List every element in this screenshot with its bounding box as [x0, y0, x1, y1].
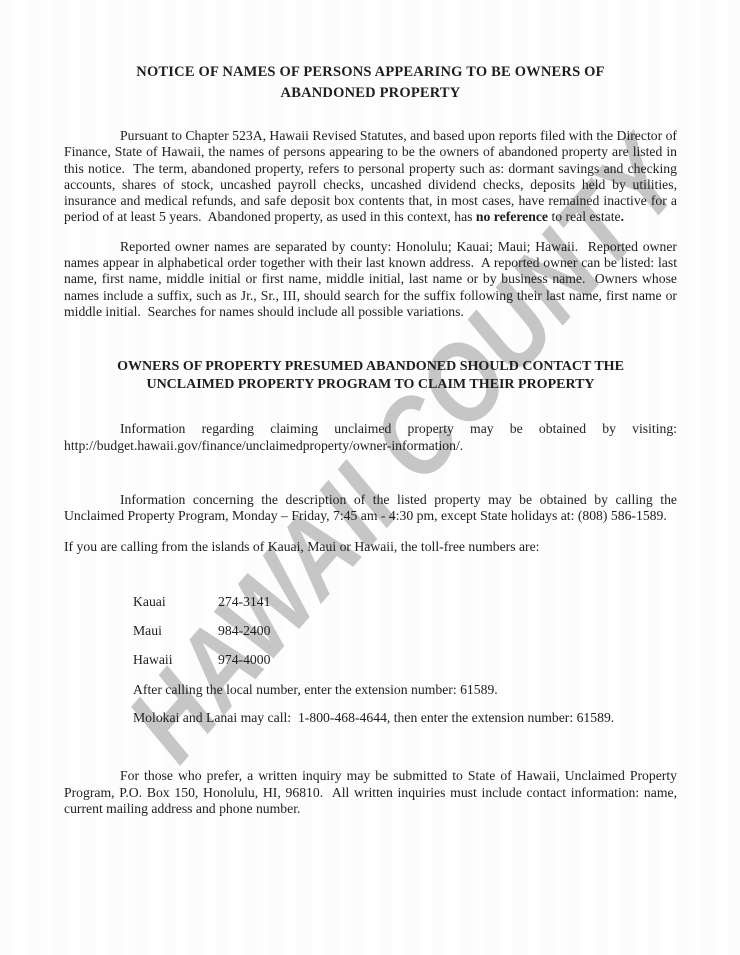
bold-period: . — [621, 209, 624, 224]
paragraph-claim-info: Information regarding claiming unclaimed… — [64, 421, 677, 454]
document-page: HAWAII COUNTY NOTICE OF NAMES OF PERSONS… — [0, 0, 740, 955]
phone-number-hawaii: 974-4000 — [218, 652, 270, 668]
document-content: NOTICE OF NAMES OF PERSONS APPEARING TO … — [0, 0, 740, 817]
island-label-kauai: Kauai — [133, 594, 218, 610]
extension-instruction: After calling the local number, enter th… — [133, 682, 677, 698]
claim-info-line: Information regarding claiming unclaimed… — [64, 421, 677, 437]
paragraph-intro-text-end: to real estate — [548, 209, 621, 224]
page-title-line2: ABANDONED PROPERTY — [64, 83, 677, 104]
phone-number-kauai: 274-3141 — [218, 594, 270, 610]
section-heading-line2: UNCLAIMED PROPERTY PROGRAM TO CLAIM THEI… — [64, 376, 677, 394]
toll-free-number-list: Kauai 274-3141 Maui 984-2400 Hawaii 974-… — [133, 594, 677, 669]
page-title-line1: NOTICE OF NAMES OF PERSONS APPEARING TO … — [64, 62, 677, 83]
paragraph-intro: Pursuant to Chapter 523A, Hawaii Revised… — [64, 128, 677, 226]
no-reference-bold-text: no reference — [476, 209, 548, 224]
paragraph-toll-free-intro: If you are calling from the islands of K… — [64, 539, 677, 555]
island-label-maui: Maui — [133, 623, 218, 639]
section-heading-line1: OWNERS OF PROPERTY PRESUMED ABANDONED SH… — [64, 358, 677, 376]
phone-number-maui: 984-2400 — [218, 623, 270, 639]
phone-row-kauai: Kauai 274-3141 — [133, 594, 677, 610]
owner-information-url: http://budget.hawaii.gov/finance/unclaim… — [64, 438, 677, 454]
phone-row-hawaii: Hawaii 974-4000 — [133, 652, 677, 668]
molokai-lanai-instruction: Molokai and Lanai may call: 1-800-468-46… — [133, 710, 677, 726]
page-title: NOTICE OF NAMES OF PERSONS APPEARING TO … — [64, 62, 677, 104]
phone-row-maui: Maui 984-2400 — [133, 623, 677, 639]
island-label-hawaii: Hawaii — [133, 652, 218, 668]
section-heading: OWNERS OF PROPERTY PRESUMED ABANDONED SH… — [64, 358, 677, 393]
paragraph-written-inquiry: For those who prefer, a written inquiry … — [64, 768, 677, 817]
paragraph-owner-names: Reported owner names are separated by co… — [64, 239, 677, 320]
paragraph-phone-info: Information concerning the description o… — [64, 492, 677, 525]
